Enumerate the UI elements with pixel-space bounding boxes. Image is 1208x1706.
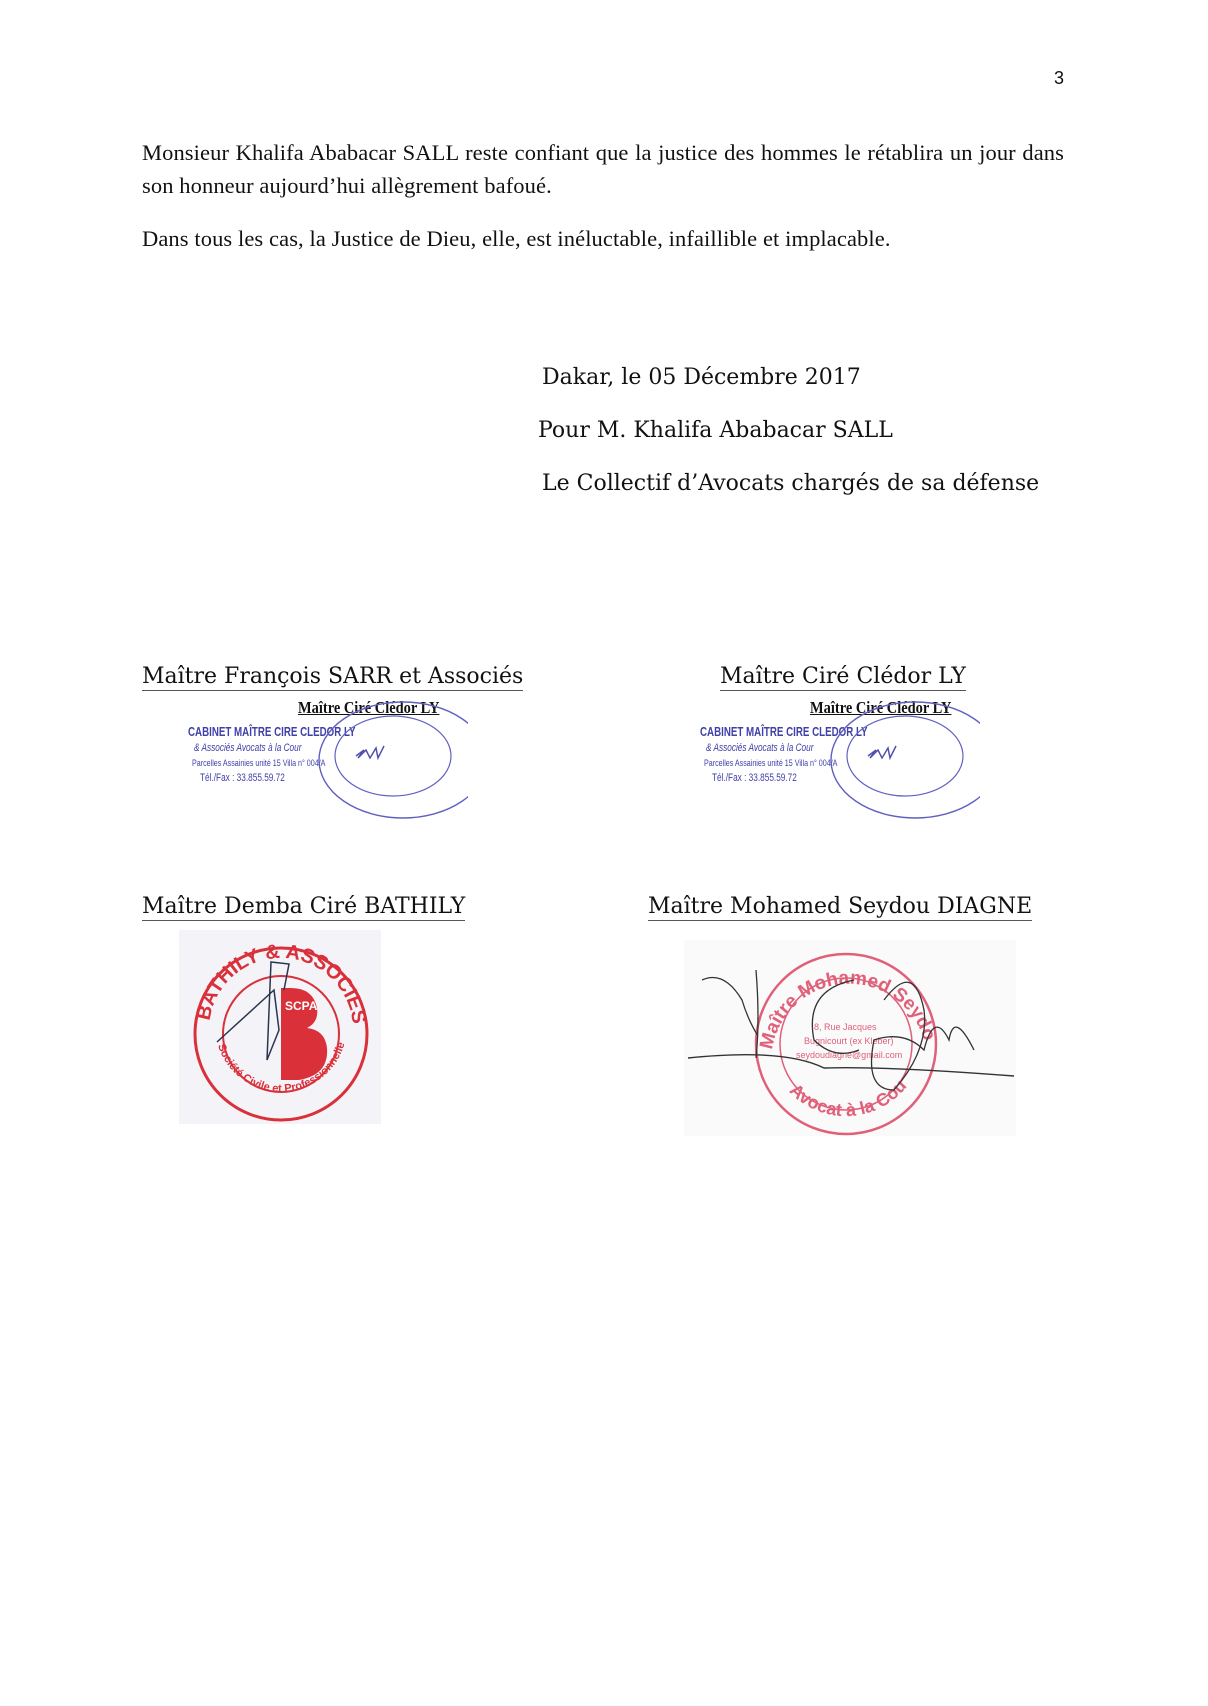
bathily-stamp: BATHILY & ASSOCIES Société Civile et Pro…	[179, 930, 381, 1124]
lawyer-name-diagne: Maître Mohamed Seydou DIAGNE	[648, 894, 1032, 921]
signatory-line: Le Collectif d’Avocats chargés de sa déf…	[542, 471, 1039, 496]
svg-text:Maître Mohamed Seydou DIAGNE: Maître Mohamed Seydou DIAGNE	[684, 940, 940, 1051]
svg-text:seydoudiagne@gmail.com: seydoudiagne@gmail.com	[796, 1050, 902, 1060]
svg-text:Bugnicourt (ex Kleber): Bugnicourt (ex Kleber)	[804, 1036, 894, 1046]
lawyer-name-ly: Maître Ciré Clédor LY	[720, 664, 966, 691]
paragraph-1: Monsieur Khalifa Ababacar SALL reste con…	[142, 136, 1064, 202]
svg-text:SCPA: SCPA	[285, 999, 318, 1013]
page-number: 3	[1054, 68, 1064, 89]
place-date: Dakar, le 05 Décembre 2017	[542, 365, 861, 390]
diagne-seal-icon: Maître Mohamed Seydou DIAGNE Avocat à la…	[684, 940, 1016, 1136]
signature-scribble-icon	[700, 698, 980, 828]
ly-stamp-1: Maître Ciré Clédor LY CABINET MAÎTRE CIR…	[188, 698, 468, 818]
on-behalf-line: Pour M. Khalifa Ababacar SALL	[538, 418, 893, 443]
paragraph-2: Dans tous les cas, la Justice de Dieu, e…	[142, 222, 1064, 255]
svg-text:8, Rue Jacques: 8, Rue Jacques	[814, 1022, 877, 1032]
signature-scribble-icon	[188, 698, 468, 828]
diagne-stamp: Maître Mohamed Seydou DIAGNE Avocat à la…	[684, 940, 1016, 1136]
bathily-seal-icon: BATHILY & ASSOCIES Société Civile et Pro…	[179, 930, 381, 1124]
lawyer-name-sarr: Maître François SARR et Associés	[142, 664, 523, 691]
lawyer-name-bathily: Maître Demba Ciré BATHILY	[142, 894, 465, 921]
ly-stamp-2: Maître Ciré Clédor LY CABINET MAÎTRE CIR…	[700, 698, 980, 818]
